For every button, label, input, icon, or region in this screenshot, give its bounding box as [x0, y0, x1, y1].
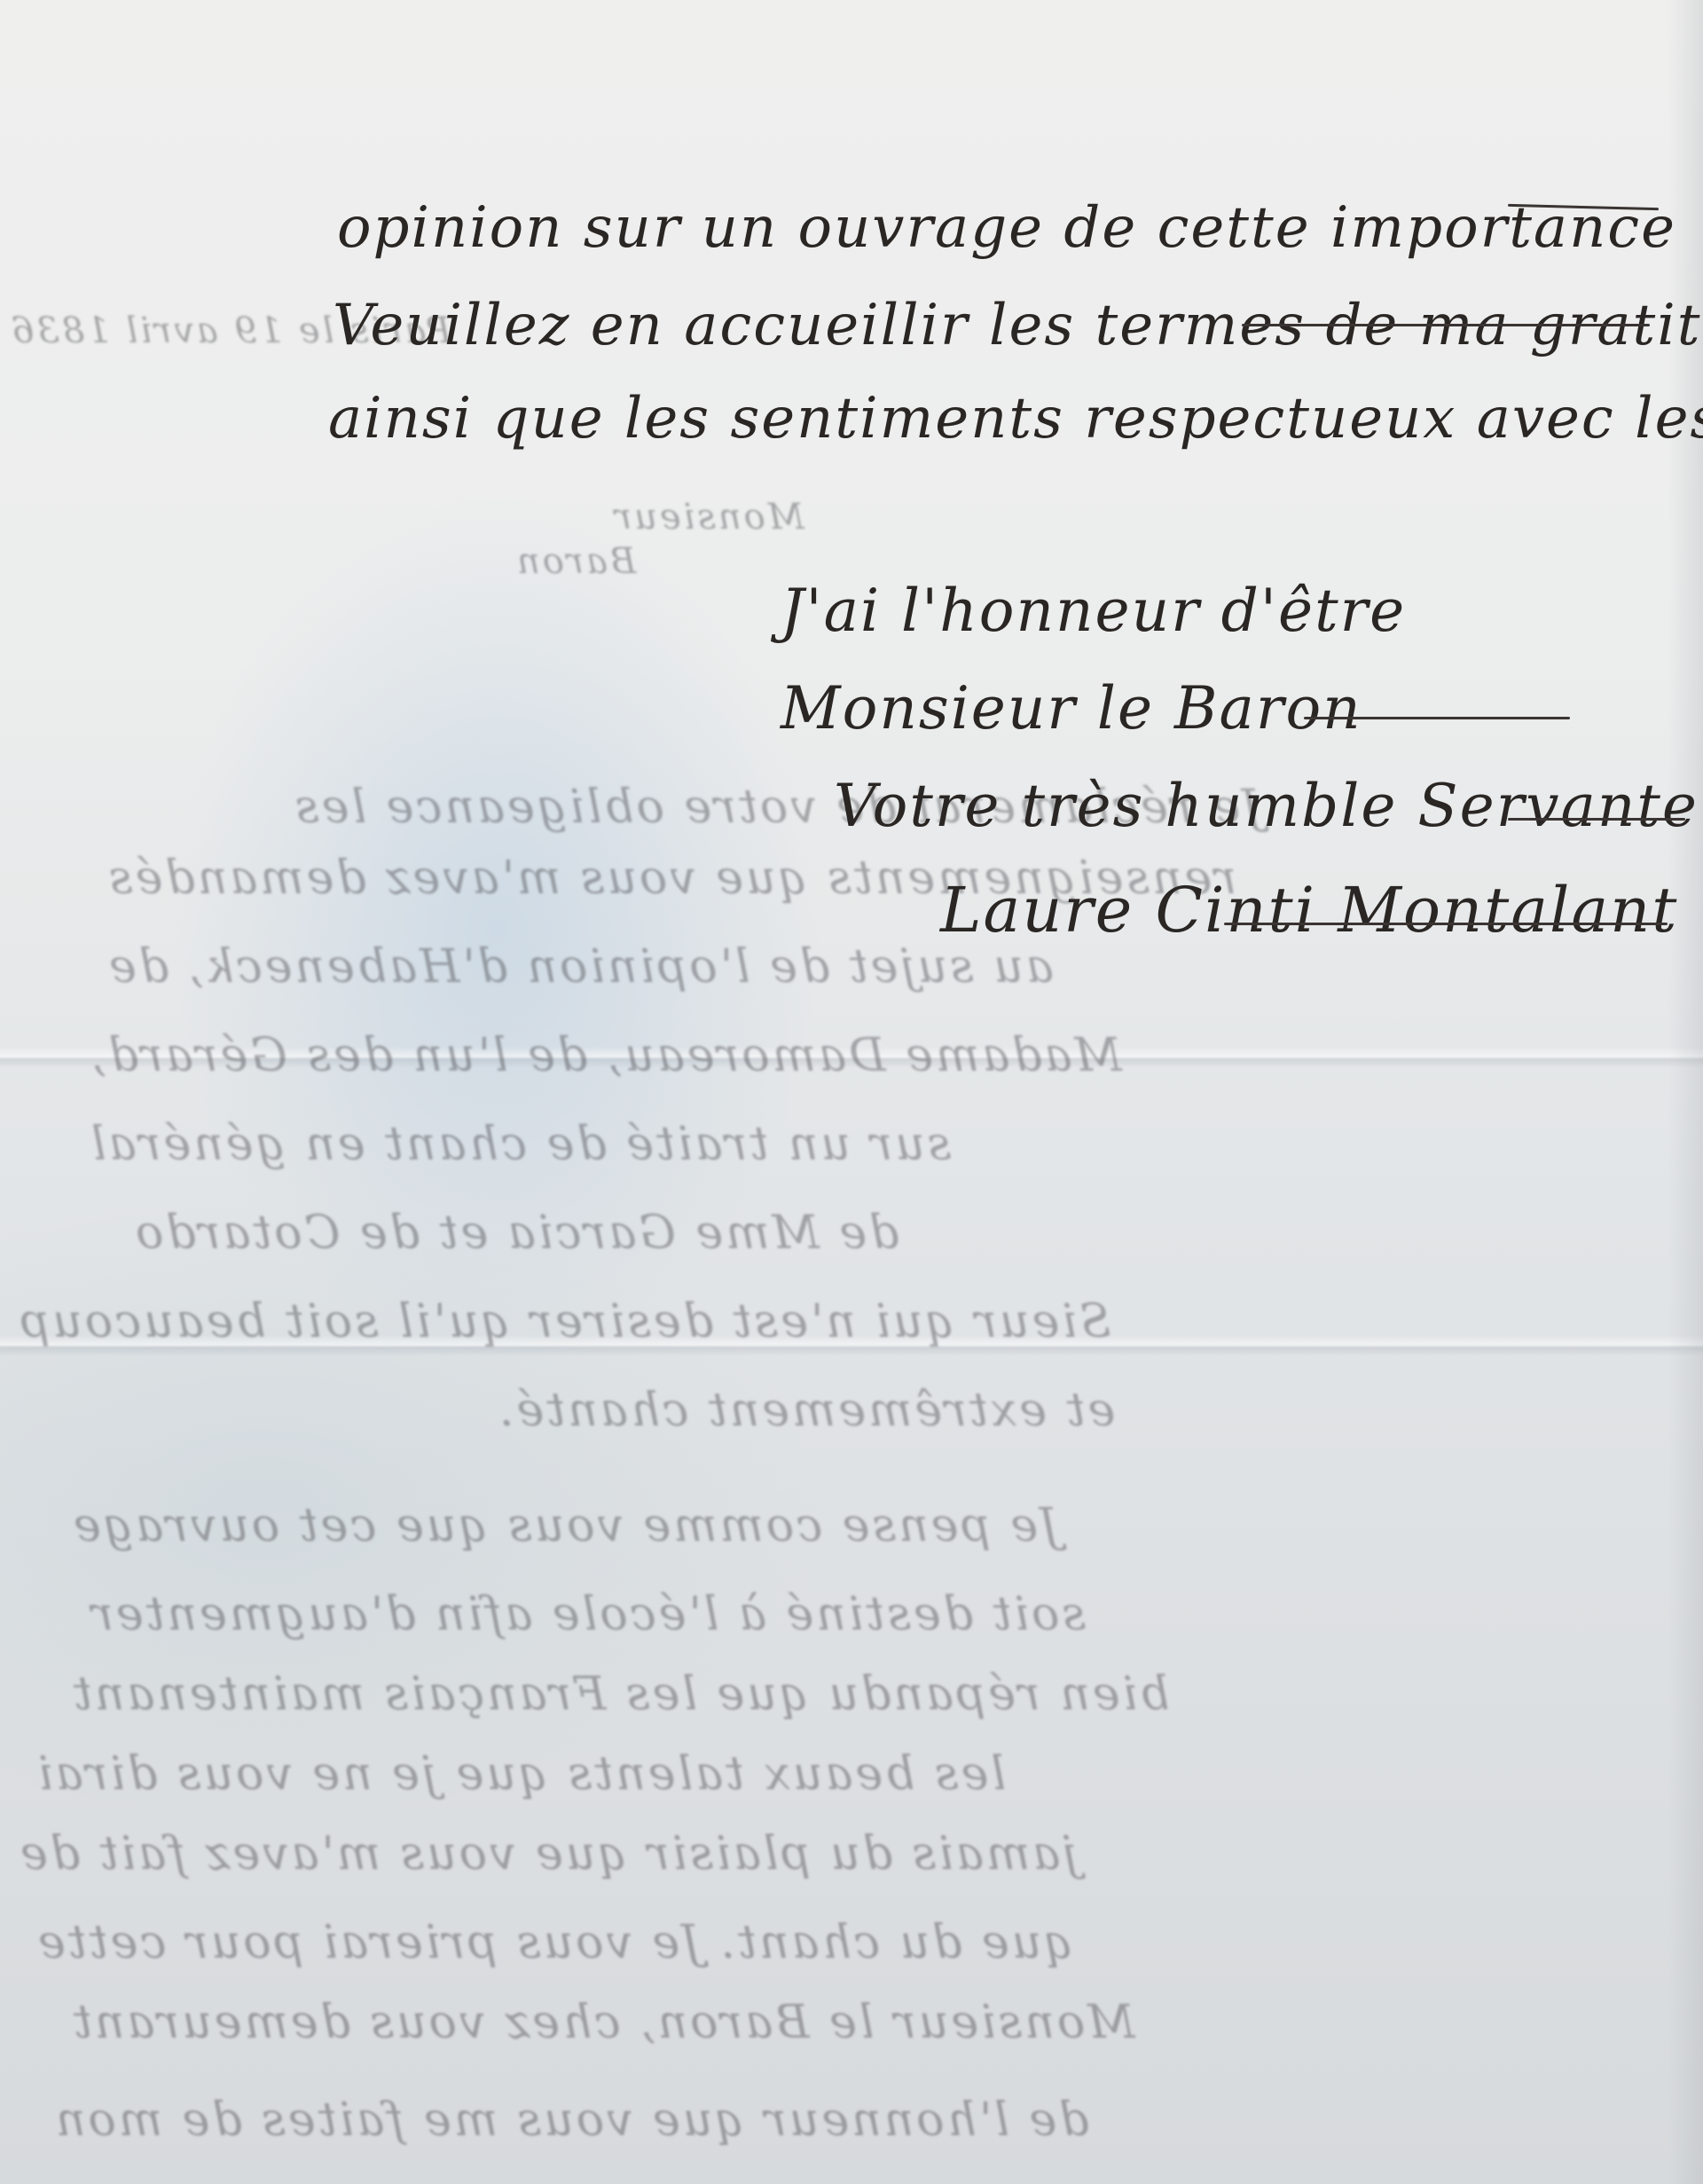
bleed-through-line: Je pense comme vous que cet ouvrage — [71, 1499, 1059, 1552]
closing-line: J'ai l'honneur d'être — [781, 577, 1406, 645]
bleed-through-line: de l'honneur que vous me faites de mon — [53, 2094, 1088, 2147]
letter-body-line: ainsi que les sentiments respectueux ave… — [328, 386, 1703, 452]
bleed-through-line: jamais du plaisir que vous m'avez fait d… — [18, 1827, 1077, 1881]
signature-underline — [1224, 923, 1668, 925]
bleed-through-line: sur un traité de chant en général — [89, 1118, 951, 1171]
bleed-through-line: Madame Damoreau, de l'un des Gérard, — [89, 1029, 1122, 1082]
pen-stroke — [1242, 324, 1650, 326]
bleed-through-line: Sieur qui n'est desirer qu'il soit beauc… — [18, 1295, 1111, 1348]
bleed-through-line: soit destiné à l'école afin d'augmenter — [89, 1588, 1086, 1641]
bleed-through-line: bien répandu que les Français maintenant — [71, 1668, 1170, 1721]
bleed-through-line: de Mme Garcia et de Cotardo — [133, 1206, 899, 1260]
bleed-through-line: que du chant. Je vous prierai pour cette — [35, 1916, 1074, 1969]
bleed-through-salutation: Monsieur — [612, 497, 804, 538]
signature: Laure Cinti Montalant — [940, 874, 1678, 947]
bleed-through-line: Monsieur le Baron, chez vous demeurant — [71, 1996, 1134, 2049]
letter-body-line: opinion sur un ouvrage de cette importan… — [337, 195, 1676, 261]
bleed-through-line: et extrêmement chanté. — [497, 1384, 1115, 1437]
bleed-through-line: les beaux talents que je ne vous dirai — [35, 1748, 1006, 1801]
bleed-through-line: au sujet de l'opinion d'Habeneck, de — [106, 940, 1054, 994]
pen-stroke — [1508, 818, 1685, 821]
closing-line: Monsieur le Baron — [781, 674, 1362, 742]
bleed-through-salutation: Baron — [514, 541, 636, 582]
pen-stroke — [1304, 717, 1570, 719]
closing-line: Votre très humble Servante — [834, 772, 1699, 840]
